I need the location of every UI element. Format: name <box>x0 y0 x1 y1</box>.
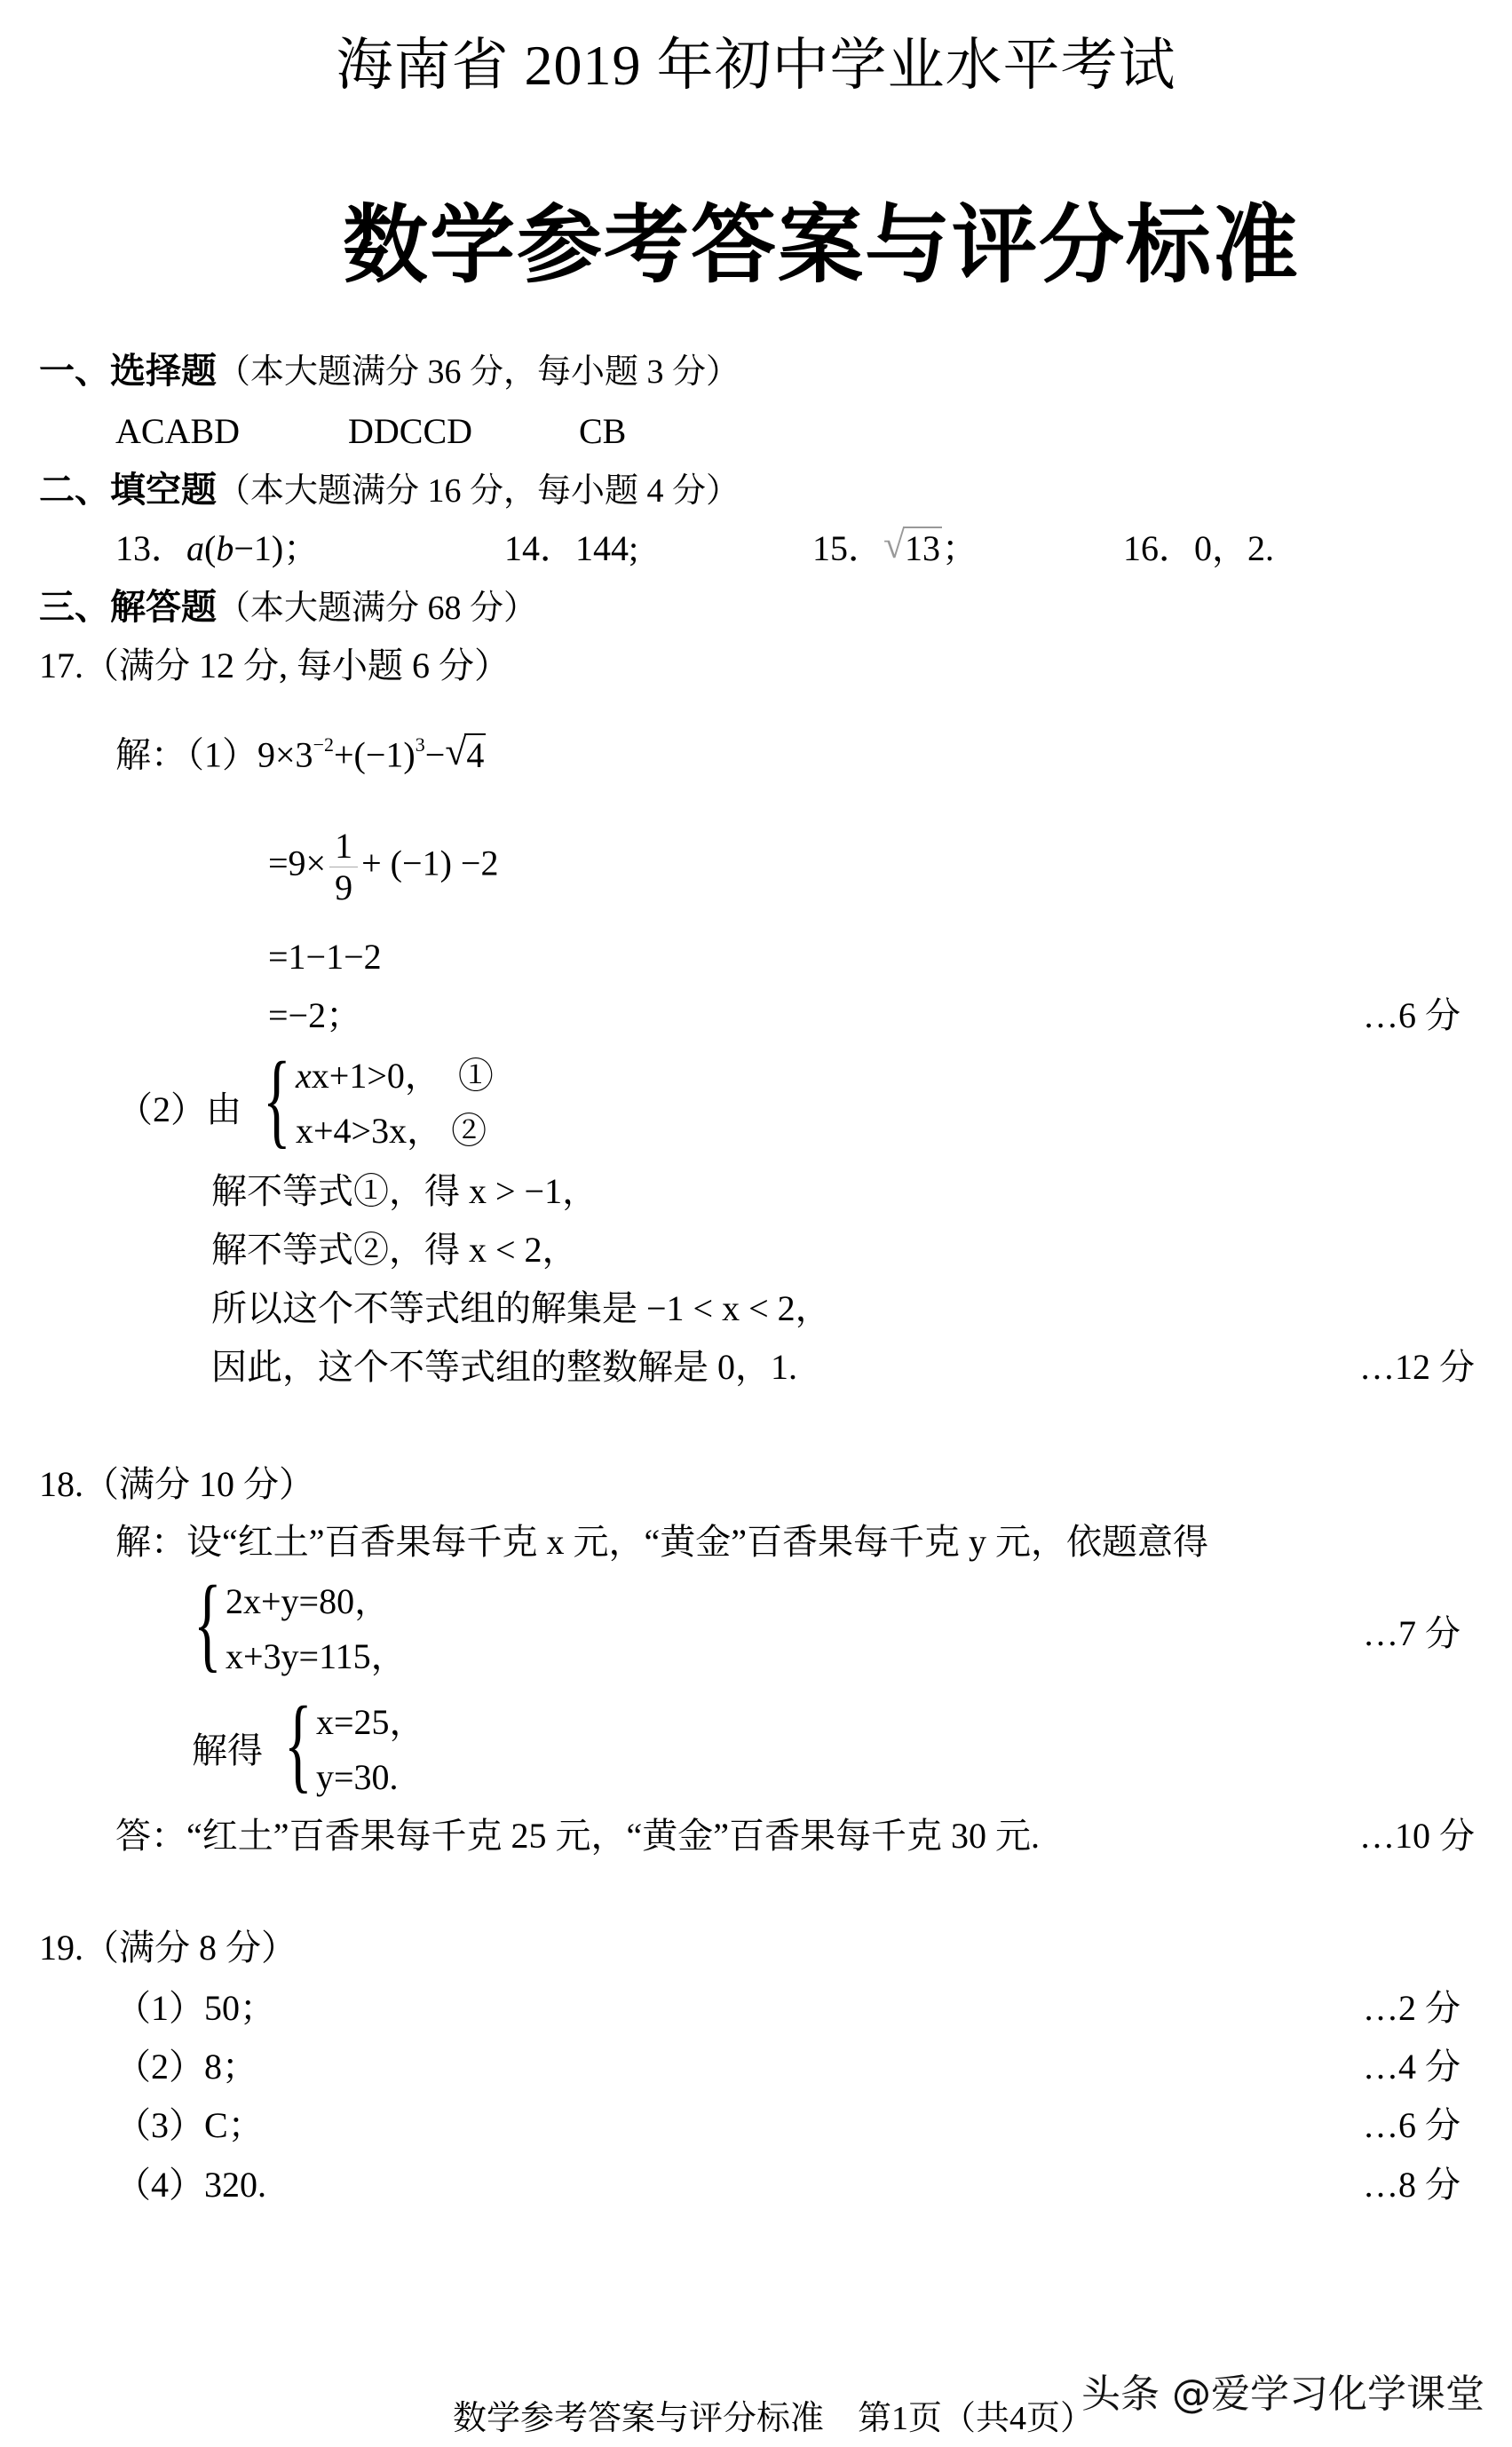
fill-answer-13: 13．a(b−1)； <box>115 531 319 566</box>
q18-solve-label: 解得 <box>192 1733 263 1769</box>
section-note: （本大题满分 68 分） <box>217 590 537 627</box>
q17-part1-step2: =1−1−2 <box>268 939 382 975</box>
q17-part2-prefix: （2）由 <box>117 1092 241 1128</box>
fill-answer-14: 14．144; <box>504 531 638 566</box>
score-marker: …4 分 <box>1363 2049 1461 2085</box>
q18-solution-1: x=25， <box>316 1705 425 1740</box>
left-brace: { <box>263 1046 291 1152</box>
q17-part2-line: 解不等式①，得 x > −1， <box>211 1174 598 1209</box>
q17-part1-expression: 解：（1）9×3−2+(−1)3−√4 <box>115 735 486 773</box>
q19-item: （4）320. <box>115 2167 266 2203</box>
fill-answer-16: 16．0，2. <box>1123 531 1274 566</box>
q18-equation-2: x+3y=115， <box>226 1639 407 1675</box>
section-title: 二、填空题 <box>39 470 217 511</box>
choice-answers-group-3: CB <box>579 414 626 449</box>
score-marker: …8 分 <box>1363 2167 1461 2203</box>
q19-item: （2）8； <box>115 2049 257 2085</box>
score-marker: …6 分 <box>1363 2108 1461 2143</box>
section-title: 一、选择题 <box>39 351 217 392</box>
exam-title: 海南省 2019 年初中学业水平考试 <box>0 20 1512 101</box>
score-marker: …6 分 <box>1363 998 1461 1033</box>
document-title: 数学参考答案与评分标准 <box>0 178 1512 299</box>
sqrt-symbol: √4 <box>445 738 486 773</box>
score-marker: …12 分 <box>1359 1350 1475 1385</box>
section-title: 三、解答题 <box>39 587 217 628</box>
section-note: （本大题满分 16 分，每小题 4 分） <box>217 472 740 510</box>
section-choice-heading: 一、选择题（本大题满分 36 分，每小题 3 分） <box>39 353 740 389</box>
q17-part1-step3: =−2； <box>268 998 361 1033</box>
left-brace: { <box>284 1691 313 1797</box>
q17-part2-line: 因此，这个不等式组的整数解是 0，1. <box>211 1350 797 1385</box>
choice-answers-group-2: DDCCD <box>348 414 472 449</box>
q19-item: （3）C； <box>115 2108 264 2143</box>
watermark: 头条 @爱学习化学课堂 <box>1081 2362 1484 2419</box>
choice-answers-group-1: ACABD <box>115 414 240 449</box>
left-brace: { <box>194 1570 222 1676</box>
q17-inequality-2: x+4>3x， ② <box>296 1113 487 1149</box>
q18-answer: 答：“红土”百香果每千克 25 元，“黄金”百香果每千克 30 元. <box>115 1818 1040 1854</box>
score-marker: …2 分 <box>1363 1991 1461 2026</box>
section-note: （本大题满分 36 分，每小题 3 分） <box>217 353 740 391</box>
page-footer: 数学参考答案与评分标准 第1页（共4页） <box>453 2390 1094 2439</box>
section-solve-heading: 三、解答题（本大题满分 68 分） <box>39 590 537 625</box>
score-marker: …10 分 <box>1359 1818 1475 1854</box>
q19-item: （1）50； <box>115 1991 275 2026</box>
q17-part2-line: 解不等式②，得 x < 2， <box>211 1232 578 1268</box>
fill-answer-15: 15．√13； <box>812 531 978 566</box>
q17-part1-step1: =9×19+ (−1) −2 <box>268 826 498 908</box>
q19-header: 19.（满分 8 分） <box>39 1930 297 1966</box>
q18-solution-2: y=30. <box>316 1760 399 1795</box>
score-marker: …7 分 <box>1363 1616 1461 1651</box>
q17-inequality-1: xx+1>0， ① <box>296 1058 494 1094</box>
q17-part2-line: 所以这个不等式组的解集是 −1 < x < 2， <box>211 1291 831 1326</box>
q18-equation-1: 2x+y=80， <box>226 1584 390 1619</box>
q18-setup: 解：设“红土”百香果每千克 x 元，“黄金”百香果每千克 y 元，依题意得 <box>115 1524 1208 1560</box>
sqrt-symbol: √13 <box>883 531 942 566</box>
q17-header: 17.（满分 12 分, 每小题 6 分） <box>39 648 510 684</box>
q18-header: 18.（满分 10 分） <box>39 1467 314 1502</box>
section-fill-heading: 二、填空题（本大题满分 16 分，每小题 4 分） <box>39 472 740 508</box>
fraction: 19 <box>329 826 358 908</box>
